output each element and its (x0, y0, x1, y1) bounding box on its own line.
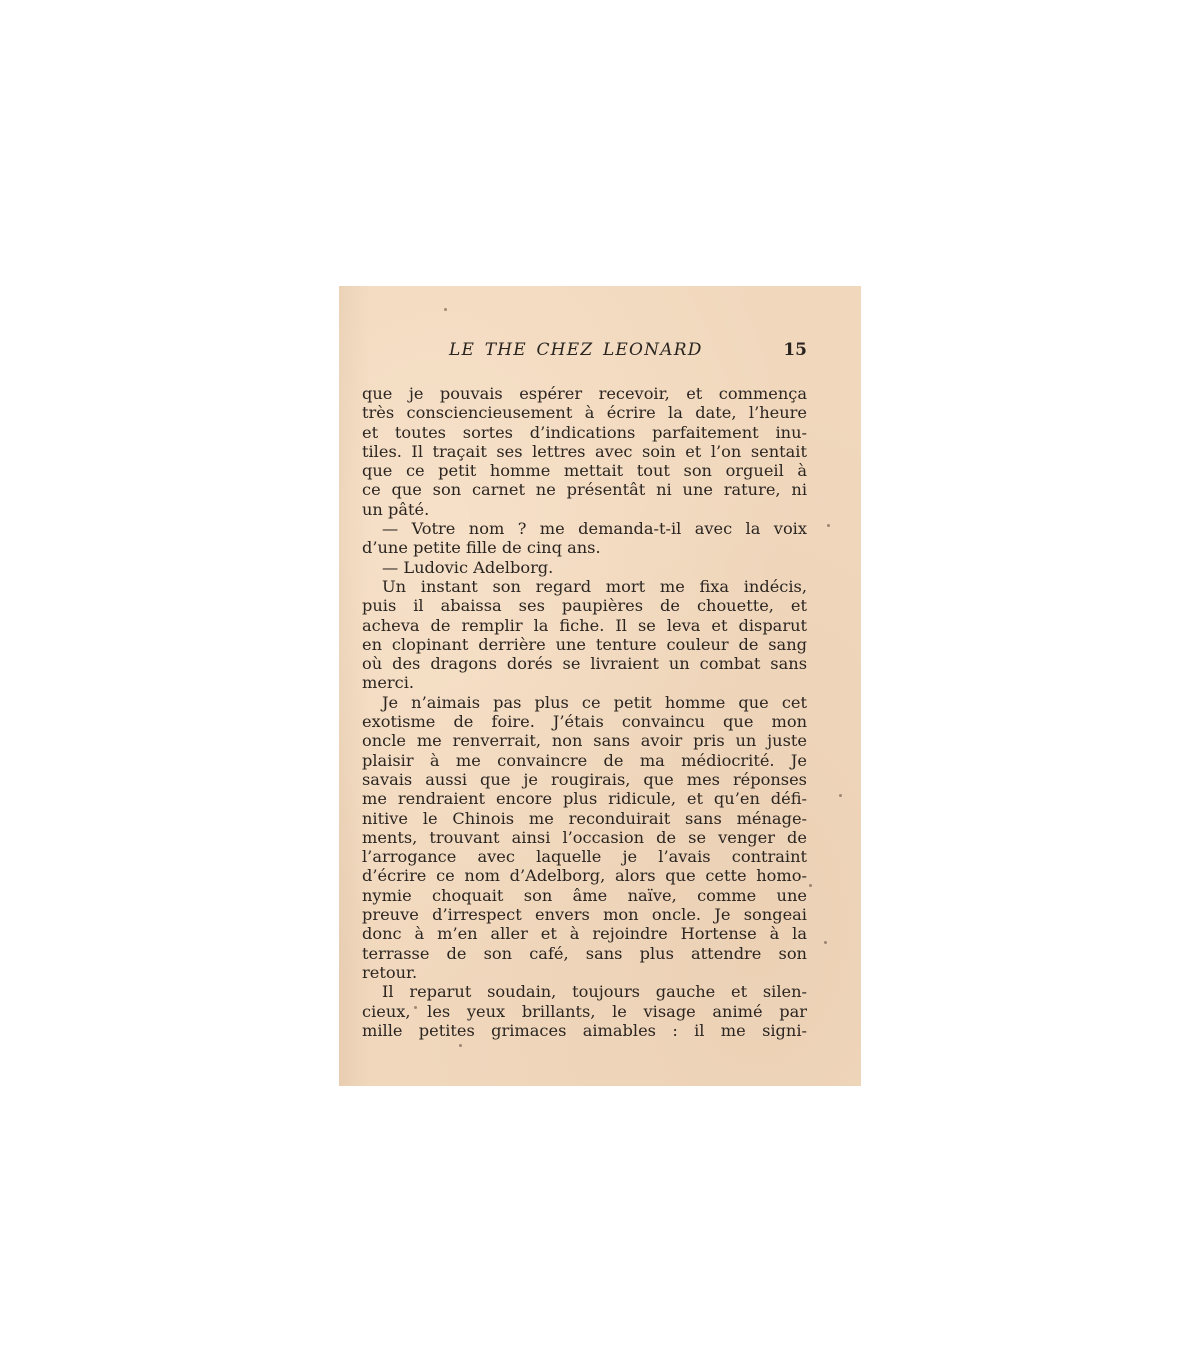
paper-speck (414, 1006, 417, 1009)
paper-speck (444, 308, 447, 311)
text-line: — Votre nom ? me demanda-t-il avec la vo… (362, 519, 807, 538)
text-line: savais aussi que je rougirais, que mes r… (362, 770, 807, 789)
text-line: merci. (362, 673, 807, 692)
text-line: nymie choquait son âme naïve, comme une (362, 886, 807, 905)
text-line: plaisir à me convaincre de ma médiocrité… (362, 751, 807, 770)
text-line: donc à m’en aller et à rejoindre Hortens… (362, 924, 807, 943)
text-line: un pâté. (362, 500, 807, 519)
paper-speck (827, 524, 830, 527)
text-line: Il reparut soudain, toujours gauche et s… (362, 982, 807, 1001)
page-number: 15 (783, 340, 807, 360)
text-line: terrasse de son café, sans plus attendre… (362, 944, 807, 963)
text-line: d’une petite fille de cinq ans. (362, 538, 807, 557)
paper-speck (839, 794, 842, 797)
text-line: nitive le Chinois me reconduirait sans m… (362, 809, 807, 828)
text-line: retour. (362, 963, 807, 982)
text-line: et toutes sortes d’indications parfaitem… (362, 423, 807, 442)
page-header: LE THE CHEZ LEONARD 15 (339, 340, 861, 364)
text-line: tiles. Il traçait ses lettres avec soin … (362, 442, 807, 461)
text-line: d’écrire ce nom d’Adelborg, alors que ce… (362, 866, 807, 885)
text-line: ments, trouvant ainsi l’occasion de se v… (362, 828, 807, 847)
book-page: LE THE CHEZ LEONARD 15 que je pouvais es… (339, 286, 861, 1086)
paper-speck (809, 884, 812, 887)
text-line: me rendraient encore plus ridicule, et q… (362, 789, 807, 808)
body-text: que je pouvais espérer recevoir, et comm… (362, 384, 807, 1040)
text-line: mille petites grimaces aimables : il me … (362, 1021, 807, 1040)
text-line: acheva de remplir la fiche. Il se leva e… (362, 616, 807, 635)
text-line: ce que son carnet ne présentât ni une ra… (362, 480, 807, 499)
text-line: que ce petit homme mettait tout son orgu… (362, 461, 807, 480)
text-line: très consciencieusement à écrire la date… (362, 403, 807, 422)
text-line: Je n’aimais pas plus ce petit homme que … (362, 693, 807, 712)
text-line: Un instant son regard mort me fixa indéc… (362, 577, 807, 596)
paper-speck (459, 1044, 462, 1047)
text-line: preuve d’irrespect envers mon oncle. Je … (362, 905, 807, 924)
text-line: que je pouvais espérer recevoir, et comm… (362, 384, 807, 403)
running-title: LE THE CHEZ LEONARD (449, 340, 703, 360)
text-line: l’arrogance avec laquelle je l’avais con… (362, 847, 807, 866)
text-line: oncle me renverrait, non sans avoir pris… (362, 731, 807, 750)
text-line: où des dragons dorés se livraient un com… (362, 654, 807, 673)
text-line: exotisme de foire. J’étais convaincu que… (362, 712, 807, 731)
text-line: en clopinant derrière une tenture couleu… (362, 635, 807, 654)
text-line: puis il abaissa ses paupières de chouett… (362, 596, 807, 615)
text-line: — Ludovic Adelborg. (362, 558, 807, 577)
paper-speck (824, 941, 827, 944)
text-line: cieux, les yeux brillants, le visage ani… (362, 1002, 807, 1021)
